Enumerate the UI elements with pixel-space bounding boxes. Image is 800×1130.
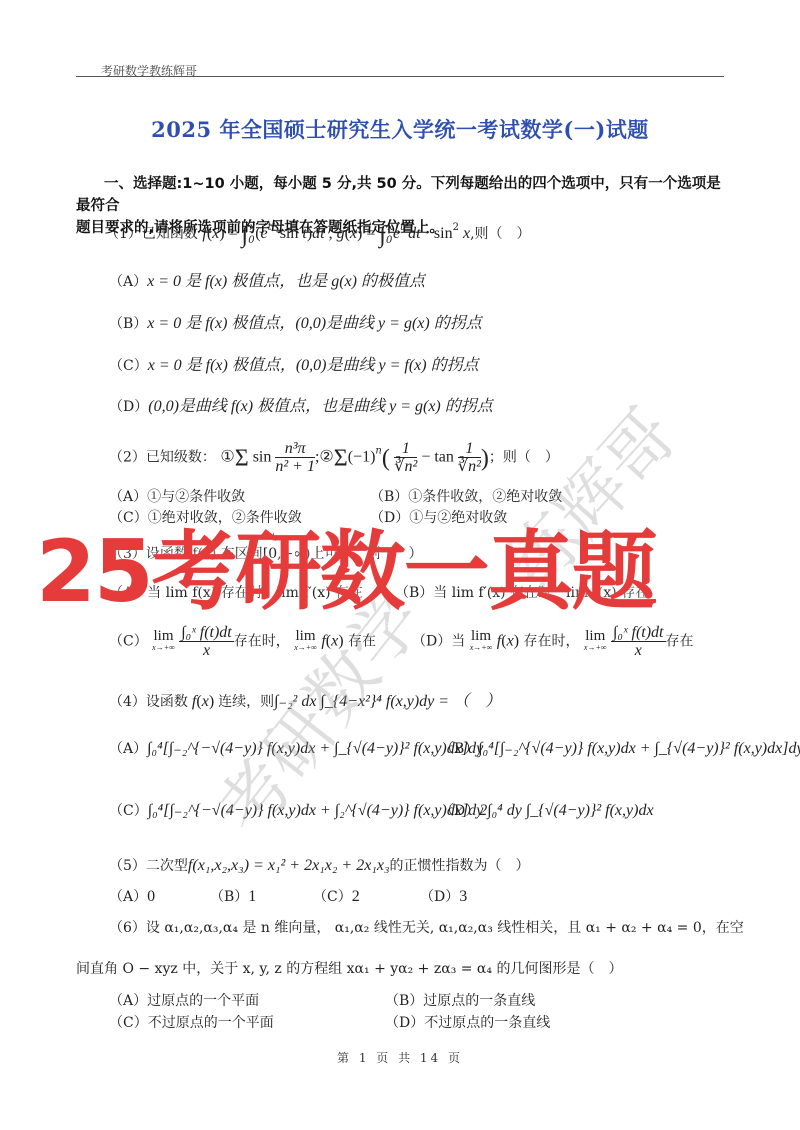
q4-option-d: （D）2∫₀⁴ dy ∫_{√(4−y)}² f(x,y)dx [440,800,654,820]
q1-option-d: （D）(0,0)是曲线 f(x) 极值点，也是曲线 y = g(x) 的拐点 [109,393,493,416]
q6-option-d: （D）不过原点的一条直线 [385,1012,550,1032]
header-rule [76,76,724,77]
q1-option-a: （A）x = 0 是 f(x) 极值点，也是 g(x) 的极值点 [109,268,425,291]
question-6-line-2: 间直角 O − xyz 中，关于 x, y, z 的方程组 xα₁ + yα₂ … [76,958,622,978]
q6-option-c: （C）不过原点的一个平面 [109,1012,274,1032]
q4-option-b: （B）∫₀⁴[∫₋₂^{√(4−y)} f(x,y)dx + ∫_{√(4−y)… [440,738,800,758]
question-6-line-1: （6）设 α₁,α₂,α₃,α₄ 是 n 维向量， α₁,α₂ 线性无关, α₁… [109,917,744,937]
q6-option-b: （B）过原点的一条直线 [385,990,535,1010]
question-4-stem: （4）设函数 f(x) 连续，则∫₋₂² dx ∫_{4−x²}⁴ f(x,y)… [109,688,501,711]
q5-option-b: （B）1 [210,886,256,906]
q4-option-c: （C）∫₀⁴[∫₋₂^{−√(4−y)} f(x,y)dx + ∫₂^{√(4−… [109,800,483,820]
q5-option-c: （C）2 [313,886,360,906]
question-2-stem: （2）已知级数： ①Σ sin n³πn² + 1;②Σ(−1)n( 1∛n² … [109,440,559,475]
page-footer: 第 1 页 共 14 页 [0,1049,800,1066]
page-title: 2025 年全国硕士研究生入学统一考试数学(一)试题 [0,114,800,144]
q3-option-c: （C） limx→+∞ ∫₀ˣ f(t)dtx存在时， limx→+∞ f(x)… [109,624,376,659]
q2-option-a: （A）①与②条件收敛 [109,486,245,506]
q1-option-c: （C）x = 0 是 f(x) 极值点，(0,0)是曲线 y = f(x) 的拐… [109,352,479,375]
q5-option-a: （A）0 [109,886,155,906]
promo-banner: 25考研数一真题 [36,522,656,622]
q1-option-b: （B）x = 0 是 f(x) 极值点，(0,0)是曲线 y = g(x) 的拐… [109,310,482,333]
exam-page: 考研数学教练辉哥 2025 年全国硕士研究生入学统一考试数学(一)试题 一、选择… [0,0,800,1130]
q2-option-b: （B）①条件收敛，②绝对收敛 [370,486,562,506]
q6-option-a: （A）过原点的一个平面 [109,990,259,1010]
q5-option-d: （D）3 [420,886,467,906]
section-line-1: 一、选择题:1~10 小题，每小题 5 分,共 50 分。下列每题给出的四个选项… [76,176,721,214]
q4-option-a: （A）∫₀⁴[∫₋₂^{−√(4−y)} f(x,y)dx + ∫_{√(4−y… [109,738,483,758]
question-1-stem: （1）已知函数 f(x) = ∫0x(et² sin t)dt , g(x) =… [105,222,531,249]
question-5-stem: （5）二次型f(x₁,x₂,x₃) = x₁² + 2x₁x₂ + 2x₁x₃的… [109,855,530,875]
q3-option-d: （D）当 limx→+∞ f(x) 存在时， limx→+∞ ∫₀ˣ f(t)d… [412,624,694,659]
